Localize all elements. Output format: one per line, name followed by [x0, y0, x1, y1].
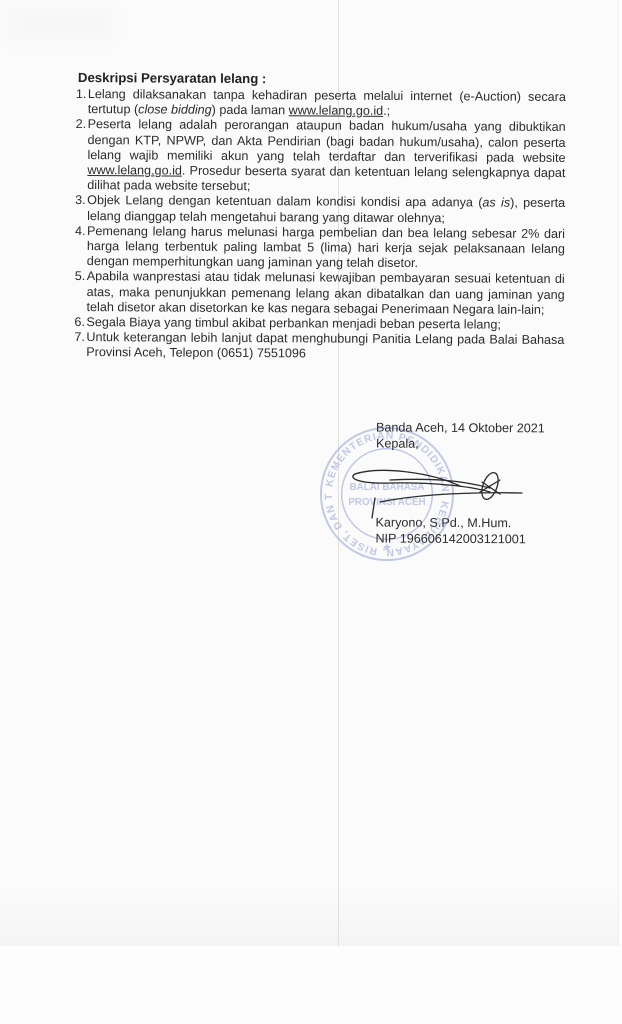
text-segment: Untuk keterangan lebih lanjut dapat meng… — [86, 330, 564, 361]
scan-shadow — [0, 890, 618, 946]
text-segment: Pemenang lelang harus melunasi harga pem… — [87, 224, 565, 270]
signature-block: Banda Aceh, 14 Oktober 2021 Kepala, Kary… — [376, 420, 576, 452]
signature-role: Kepala, — [376, 436, 576, 453]
italic-term: close bidding — [138, 103, 212, 117]
text-segment: Apabila wanprestasi atau tidak melunasi … — [87, 269, 565, 316]
requirement-number: 1. — [76, 87, 87, 102]
requirement-item: 1.Lelang dilaksanakan tanpa kehadiran pe… — [78, 87, 566, 120]
text-segment: Objek Lelang dengan ketentuan dalam kond… — [87, 193, 482, 209]
website-link[interactable]: www.lelang.go.id — [289, 103, 384, 118]
website-link[interactable]: www.lelang.go.id — [87, 163, 182, 178]
requirement-number: 7. — [74, 330, 85, 345]
text-segment: .; — [383, 104, 390, 118]
requirement-item: 2.Peserta lelang adalah perorangan ataup… — [77, 117, 565, 196]
requirement-text: Lelang dilaksanakan tanpa kehadiran pese… — [88, 87, 566, 120]
requirement-text: Apabila wanprestasi atau tidak melunasi … — [87, 269, 565, 318]
requirement-number: 4. — [75, 224, 86, 239]
requirement-number: 2. — [76, 117, 87, 132]
text-segment: Segala Biaya yang timbul akibat perbanka… — [86, 315, 501, 332]
requirements-section: Deskripsi Persyaratan lelang : 1.Lelang … — [76, 70, 566, 364]
requirement-text: Objek Lelang dengan ketentuan dalam kond… — [87, 193, 565, 226]
signatory-nip: NIP 196606142003121001 — [375, 531, 525, 547]
text-segment: ) pada laman — [212, 103, 289, 117]
requirements-list: 1.Lelang dilaksanakan tanpa kehadiran pe… — [76, 87, 566, 364]
handwritten-signature-icon — [350, 458, 530, 523]
requirement-text: Peserta lelang adalah perorangan ataupun… — [87, 117, 565, 196]
requirement-item: 5.Apabila wanprestasi atau tidak melunas… — [77, 269, 565, 318]
requirement-number: 3. — [75, 193, 86, 208]
italic-term: as is — [482, 196, 510, 210]
requirement-text: Pemenang lelang harus melunasi harga pem… — [87, 224, 565, 273]
requirement-item: 3.Objek Lelang dengan ketentuan dalam ko… — [77, 193, 565, 226]
signature-place-date: Banda Aceh, 14 Oktober 2021 — [376, 420, 576, 437]
section-heading: Deskripsi Persyaratan lelang : — [78, 70, 566, 89]
requirement-number: 5. — [75, 269, 86, 284]
requirement-item: 4.Pemenang lelang harus melunasi harga p… — [77, 224, 565, 273]
scan-shadow — [6, 4, 116, 44]
scanned-page: Deskripsi Persyaratan lelang : 1.Lelang … — [0, 0, 619, 946]
requirement-number: 6. — [74, 315, 85, 330]
requirement-item: 7.Untuk keterangan lebih lanjut dapat me… — [76, 330, 564, 363]
text-segment: Peserta lelang adalah perorangan ataupun… — [87, 117, 565, 164]
requirement-text: Untuk keterangan lebih lanjut dapat meng… — [86, 330, 564, 363]
